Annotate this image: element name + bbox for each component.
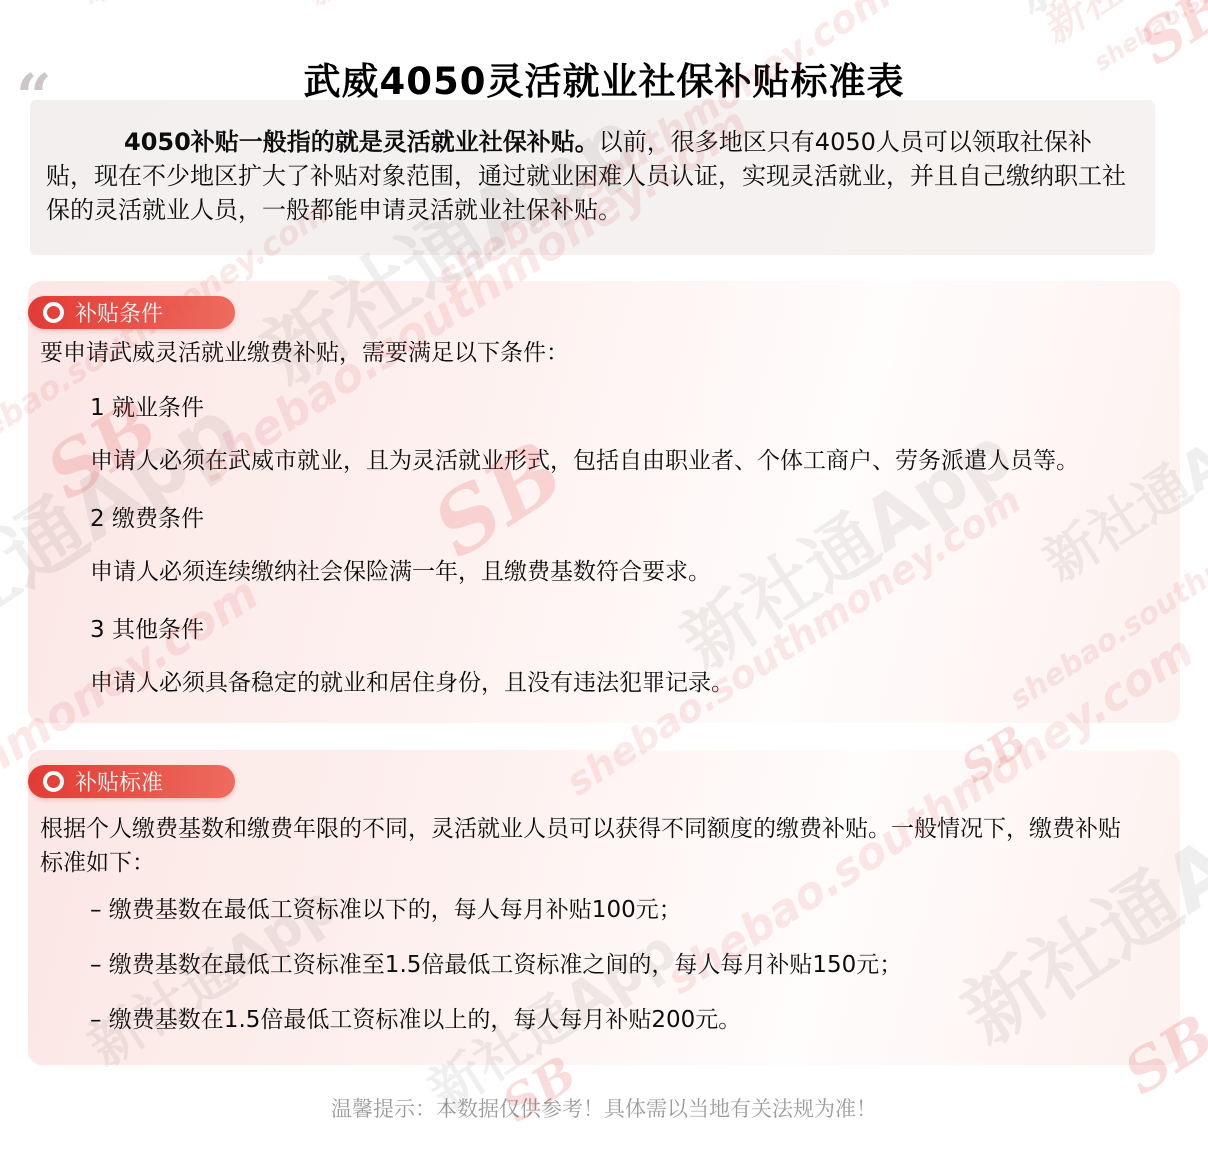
intro-paragraph: 4050补贴一般指的就是灵活就业社保补贴。以前，很多地区只有4050人员可以领取… (46, 125, 1129, 227)
section-badge-label: 补贴标准 (75, 766, 163, 797)
condition-body: 申请人必须具备稳定的就业和居住身份，且没有违法犯罪记录。 (90, 669, 1138, 697)
standard-list: – 缴费基数在最低工资标准以下的，每人每月补贴100元； – 缴费基数在最低工资… (90, 896, 1138, 1061)
section-badge-label: 补贴条件 (75, 297, 163, 328)
condition-heading: 1 就业条件 (90, 394, 1138, 422)
section-badge: 补贴条件 (28, 296, 235, 329)
standard-item: – 缴费基数在1.5倍最低工资标准以上的，每人每月补贴200元。 (90, 1006, 1138, 1034)
condition-heading: 3 其他条件 (90, 616, 1138, 644)
page-title: 武威4050灵活就业社保补贴标准表 (0, 51, 1208, 105)
footer-note: 温馨提示：本数据仅供参考！具体需以当地有关法规为准！ (0, 1093, 1208, 1123)
condition-list: 1 就业条件 申请人必须在武威市就业，且为灵活就业形式，包括自由职业者、个体工商… (90, 394, 1138, 727)
ring-icon (43, 771, 64, 792)
standard-item: – 缴费基数在最低工资标准以下的，每人每月补贴100元； (90, 896, 1138, 924)
infographic-canvas: 新社通App新社通App新社通App新社通App新社通App新社通App新社通A… (0, 0, 1208, 1154)
watermark-text: 新社通App (300, 0, 477, 12)
watermark-text: 新社通App (1035, 0, 1208, 50)
section-subsidy-standards: 补贴标准 根据个人缴费基数和缴费年限的不同，灵活就业人员可以获得不同额度的缴费补… (28, 750, 1180, 1065)
watermark-text: 新社通App (1000, 0, 1208, 24)
intro-bold-text: 4050补贴一般指的就是灵活就业社保补贴。 (124, 128, 599, 156)
watermark-text: 新社通App (60, 0, 374, 14)
section-badge: 补贴标准 (28, 765, 235, 798)
section-subsidy-conditions: 补贴条件 要申请武威灵活就业缴费补贴，需要满足以下条件： 1 就业条件 申请人必… (28, 281, 1180, 723)
section-lead: 根据个人缴费基数和缴费年限的不同，灵活就业人员可以获得不同额度的缴费补贴。一般情… (40, 812, 1140, 880)
condition-body: 申请人必须在武威市就业，且为灵活就业形式，包括自由职业者、个体工商户、劳务派遣人… (90, 447, 1138, 475)
ring-icon (43, 302, 64, 323)
standard-item: – 缴费基数在最低工资标准至1.5倍最低工资标准之间的，每人每月补贴150元； (90, 951, 1138, 979)
condition-heading: 2 缴费条件 (90, 505, 1138, 533)
condition-body: 申请人必须连续缴纳社会保险满一年，且缴费基数符合要求。 (90, 558, 1138, 586)
intro-box: 4050补贴一般指的就是灵活就业社保补贴。以前，很多地区只有4050人员可以领取… (30, 100, 1155, 255)
section-lead: 要申请武威灵活就业缴费补贴，需要满足以下条件： (40, 336, 1140, 370)
